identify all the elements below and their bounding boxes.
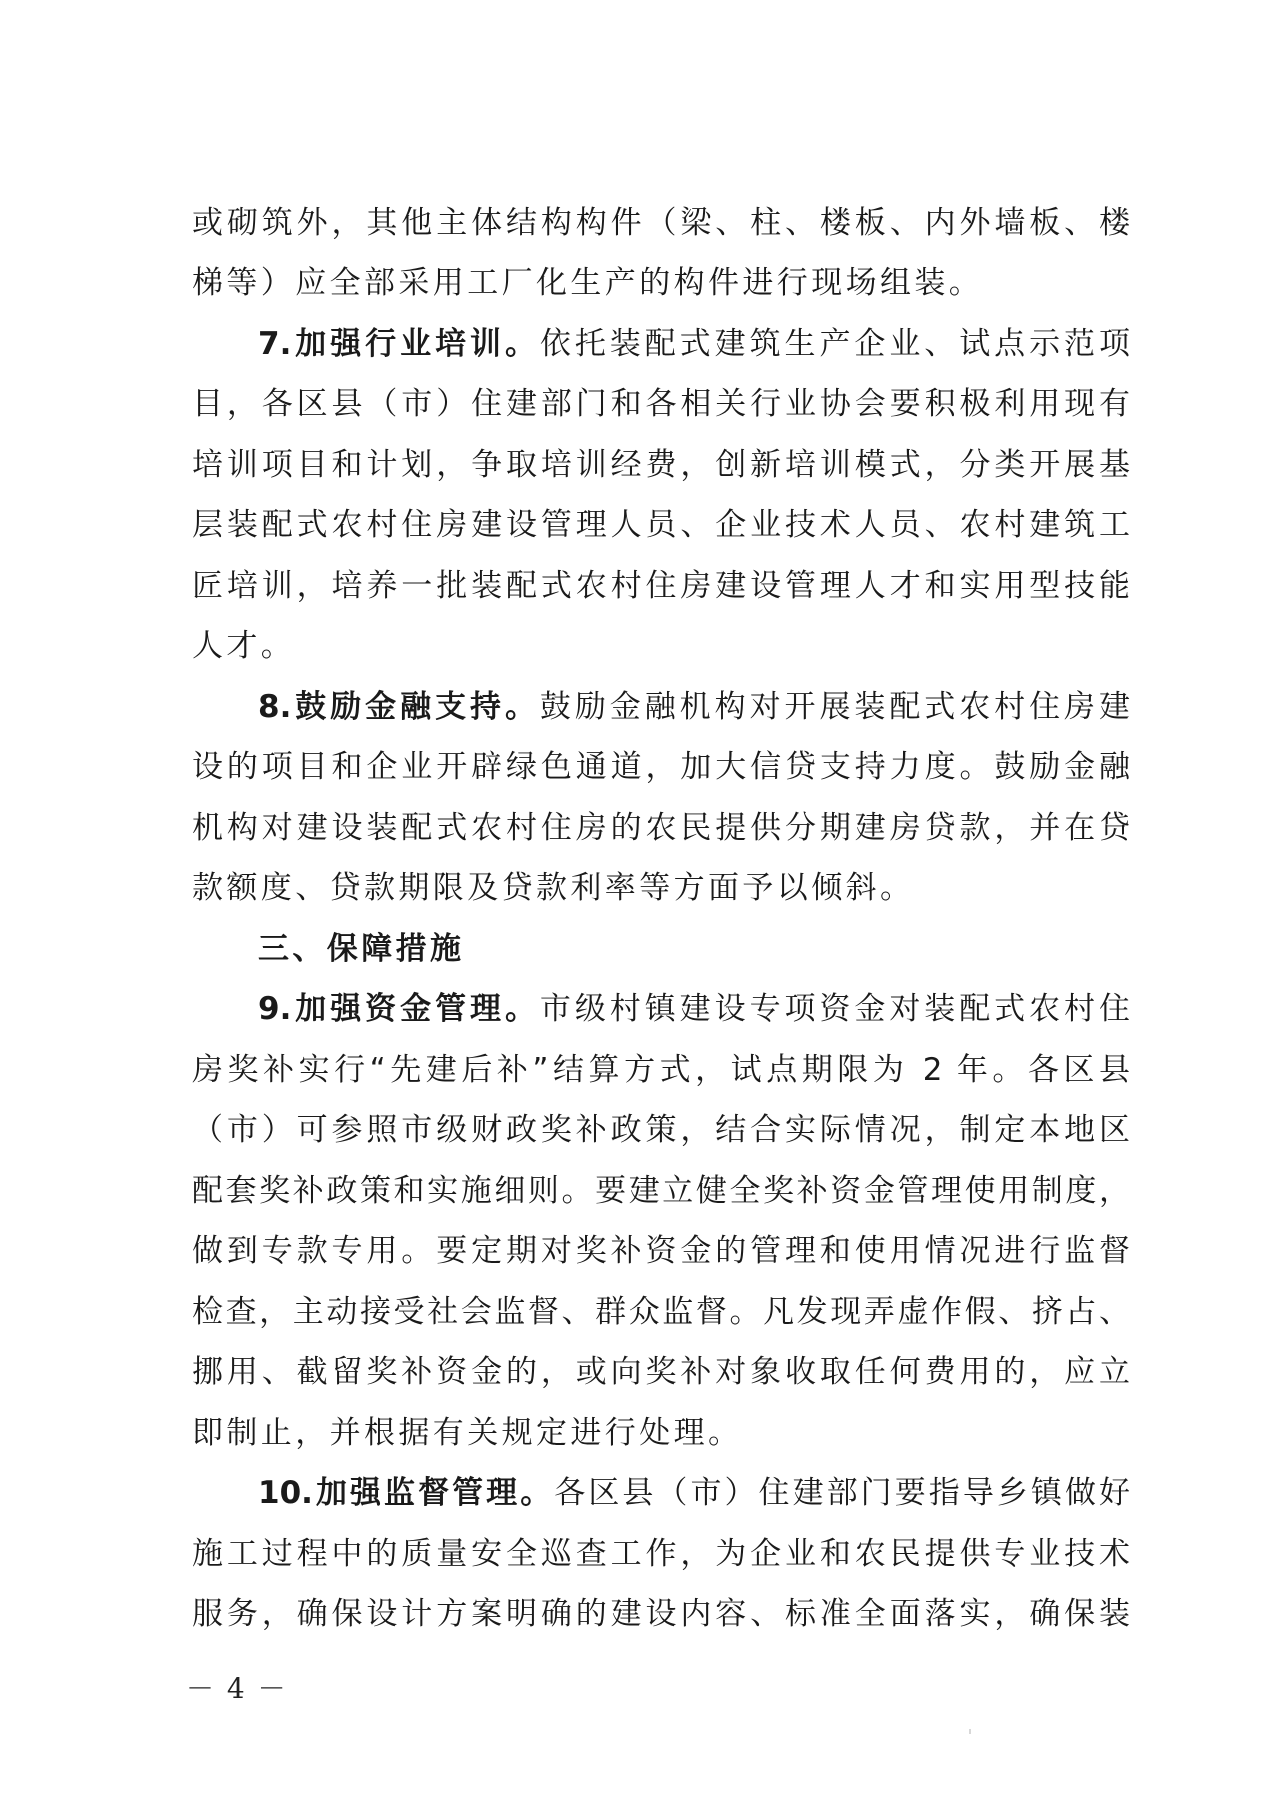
- line-text: 款额度、贷款期限及贷款利率等方面予以倾斜。: [192, 870, 914, 906]
- body-line: 即制止，并根据有关规定进行处理。: [192, 1411, 1130, 1455]
- section-item-10: 10.加强监督管理。各区县（市）住建部门要指导乡镇做好: [258, 1471, 1130, 1515]
- section-item-9: 9.加强资金管理。市级村镇建设专项资金对装配式农村住: [258, 987, 1130, 1031]
- body-line: （市）可参照市级财政奖补政策，结合实际情况，制定本地区: [192, 1108, 1130, 1152]
- body-line: 目，各区县（市）住建部门和各相关行业协会要积极利用现有: [192, 382, 1130, 426]
- body-line: 梯等）应全部采用工厂化生产的构件进行现场组装。: [192, 261, 1130, 305]
- item-title: 8.鼓励金融支持。: [258, 689, 540, 725]
- line-text: 各区县（市）住建部门要指导乡镇做好: [554, 1475, 1130, 1511]
- body-line: 设的项目和企业开辟绿色通道，加大信贷支持力度。鼓励金融: [192, 745, 1130, 789]
- line-text: 匠培训，培养一批装配式农村住房建设管理人才和实用型技能: [192, 568, 1130, 604]
- body-line: 机构对建设装配式农村住房的农民提供分期建房贷款，并在贷: [192, 806, 1130, 850]
- line-text: 培训项目和计划，争取培训经费，创新培训模式，分类开展基: [192, 447, 1130, 483]
- body-line: 挪用、截留奖补资金的，或向奖补对象收取任何费用的，应立: [192, 1350, 1130, 1394]
- item-title: 7.加强行业培训。: [258, 326, 540, 362]
- section-item-8: 8.鼓励金融支持。鼓励金融机构对开展装配式农村住房建: [258, 685, 1130, 729]
- section-item-7: 7.加强行业培训。依托装配式建筑生产企业、试点示范项: [258, 322, 1130, 366]
- line-text: 层装配式农村住房建设管理人员、企业技术人员、农村建筑工: [192, 507, 1130, 543]
- line-text: 做到专款专用。要定期对奖补资金的管理和使用情况进行监督: [192, 1233, 1130, 1269]
- heading-text: 三、保障措施: [258, 931, 464, 967]
- body-line: 配套奖补政策和实施细则。要建立健全奖补资金管理使用制度，: [192, 1169, 1130, 1213]
- body-line: 培训项目和计划，争取培训经费，创新培训模式，分类开展基: [192, 443, 1130, 487]
- scan-artifact: [969, 1729, 971, 1734]
- line-text: 配套奖补政策和实施细则。要建立健全奖补资金管理使用制度，: [192, 1173, 1130, 1209]
- body-line: 层装配式农村住房建设管理人员、企业技术人员、农村建筑工: [192, 503, 1130, 547]
- body-line: 匠培训，培养一批装配式农村住房建设管理人才和实用型技能: [192, 564, 1130, 608]
- body-line: 服务，确保设计方案明确的建设内容、标准全面落实，确保装: [192, 1592, 1130, 1636]
- section-heading: 三、保障措施: [258, 927, 1130, 971]
- line-text: 房奖补实行“先建后补”结算方式，试点期限为 2 年。各区县: [192, 1052, 1130, 1088]
- document-page: 或砌筑外，其他主体结构构件（梁、柱、楼板、内外墙板、楼 梯等）应全部采用工厂化生…: [0, 0, 1280, 1810]
- line-text: 梯等）应全部采用工厂化生产的构件进行现场组装。: [192, 265, 983, 301]
- body-line: 检查，主动接受社会监督、群众监督。凡发现弄虚作假、挤占、: [192, 1290, 1130, 1334]
- body-line: 人才。: [192, 624, 1130, 668]
- line-text: 即制止，并根据有关规定进行处理。: [192, 1415, 742, 1451]
- line-text: 或砌筑外，其他主体结构构件（梁、柱、楼板、内外墙板、楼: [192, 205, 1130, 241]
- line-text: 机构对建设装配式农村住房的农民提供分期建房贷款，并在贷: [192, 810, 1130, 846]
- body-line: 施工过程中的质量安全巡查工作，为企业和农民提供专业技术: [192, 1532, 1130, 1576]
- body-line: 或砌筑外，其他主体结构构件（梁、柱、楼板、内外墙板、楼: [192, 201, 1130, 245]
- line-text: 鼓励金融机构对开展装配式农村住房建: [540, 689, 1130, 725]
- line-text: 市级村镇建设专项资金对装配式农村住: [540, 991, 1130, 1027]
- line-text: 服务，确保设计方案明确的建设内容、标准全面落实，确保装: [192, 1596, 1130, 1632]
- body-line: 款额度、贷款期限及贷款利率等方面予以倾斜。: [192, 866, 1130, 910]
- line-text: 挪用、截留奖补资金的，或向奖补对象收取任何费用的，应立: [192, 1354, 1130, 1390]
- item-title: 10.加强监督管理。: [258, 1475, 554, 1511]
- line-text: 设的项目和企业开辟绿色通道，加大信贷支持力度。鼓励金融: [192, 749, 1130, 785]
- line-text: 施工过程中的质量安全巡查工作，为企业和农民提供专业技术: [192, 1536, 1130, 1572]
- line-text: 人才。: [192, 628, 295, 664]
- item-title: 9.加强资金管理。: [258, 991, 540, 1027]
- body-line: 做到专款专用。要定期对奖补资金的管理和使用情况进行监督: [192, 1229, 1130, 1273]
- line-text: 目，各区县（市）住建部门和各相关行业协会要积极利用现有: [192, 386, 1130, 422]
- body-line: 房奖补实行“先建后补”结算方式，试点期限为 2 年。各区县: [192, 1048, 1130, 1092]
- page-number: － 4 －: [186, 1670, 288, 1708]
- line-text: 依托装配式建筑生产企业、试点示范项: [540, 326, 1130, 362]
- line-text: （市）可参照市级财政奖补政策，结合实际情况，制定本地区: [192, 1112, 1130, 1148]
- line-text: 检查，主动接受社会监督、群众监督。凡发现弄虚作假、挤占、: [192, 1294, 1130, 1330]
